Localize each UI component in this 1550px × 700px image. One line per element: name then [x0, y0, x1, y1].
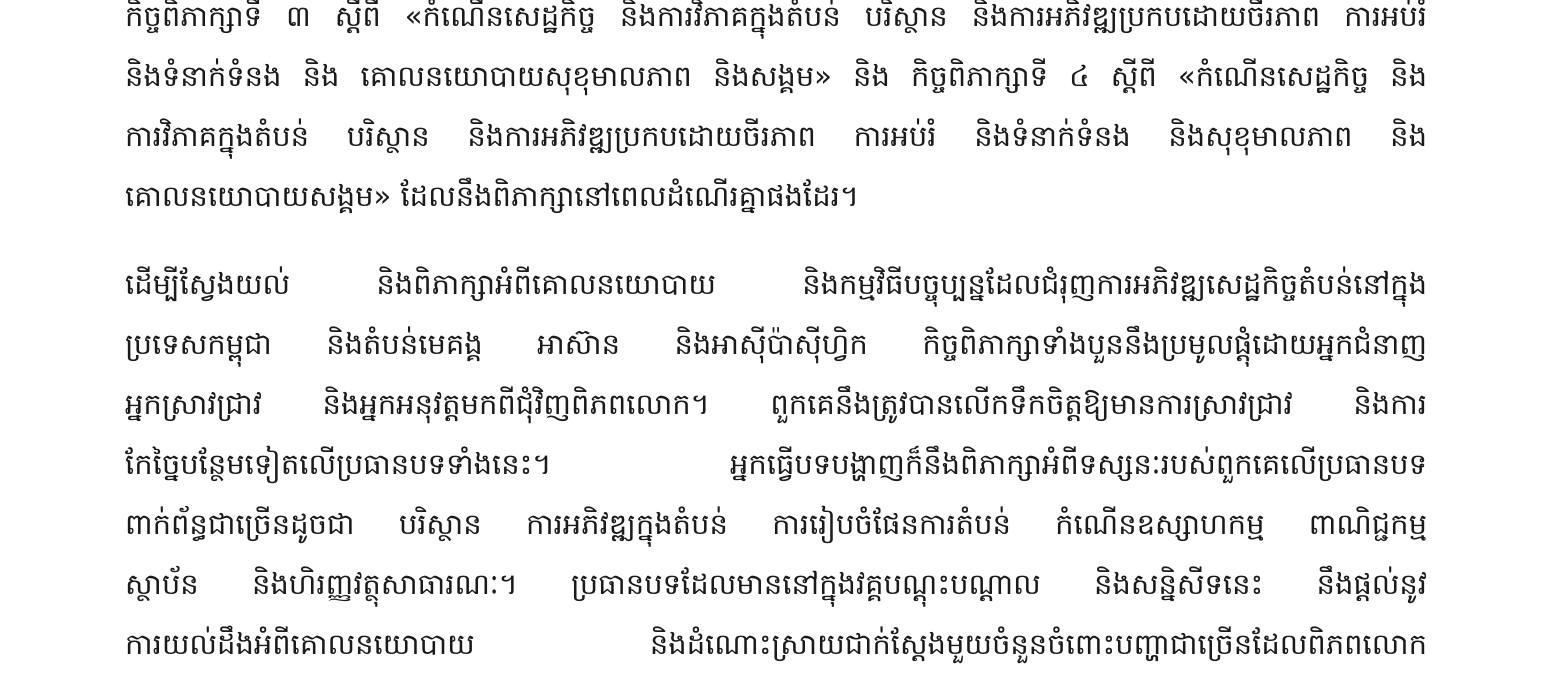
text-line: ពាក់ព័ន្ធជាច្រើនដូចជា បរិស្ថាន ការអភិវឌ្… [125, 494, 1427, 554]
text-line: ប្រទេសកម្ពុជា និងតំបន់មេគង្គ អាស៊ាន និងអ… [125, 314, 1427, 374]
text-line: គោលនយោបាយសង្គម» ដែលនឹងពិភាក្សានៅពេលដំណើរ… [125, 166, 1427, 226]
text-line: ស្ថាប័ន និងហិរញ្ញវត្ថុសាធារណៈ។ ប្រធានបទដ… [125, 554, 1427, 614]
paragraph-purpose: ដើម្បីស្វែងយល់ និងពិភាក្សាអំពីគោលនយោបាយ … [125, 254, 1427, 674]
text-line: ការវិភាគក្នុងតំបន់ បរិស្ថាន និងការអភិវឌ្… [125, 106, 1427, 166]
text-line: កែច្នៃបន្ថែមទៀតលើប្រធានបទទាំងនេះ។ អ្នកធ្… [125, 434, 1427, 494]
document-page: កិច្ចពិភាក្សាទី ៣ ស្តីពី «កំណើនសេដ្ឋកិច្… [125, 0, 1427, 674]
text-line: ដើម្បីស្វែងយល់ និងពិភាក្សាអំពីគោលនយោបាយ … [125, 254, 1427, 314]
text-line: អ្នកស្រាវជ្រាវ និងអ្នកអនុវត្តមកពីជុំវិញព… [125, 374, 1427, 434]
text-line: កិច្ចពិភាក្សាទី ៣ ស្តីពី «កំណើនសេដ្ឋកិច្… [125, 0, 1427, 46]
text-line: និងទំនាក់ទំនង និង គោលនយោបាយសុខុមាលភាព និ… [125, 46, 1427, 106]
paragraph-discussions-3-4: កិច្ចពិភាក្សាទី ៣ ស្តីពី «កំណើនសេដ្ឋកិច្… [125, 0, 1427, 226]
text-line: ការយល់ដឹងអំពីគោលនយោបាយ និងដំណោះស្រាយជាក់… [125, 614, 1427, 674]
